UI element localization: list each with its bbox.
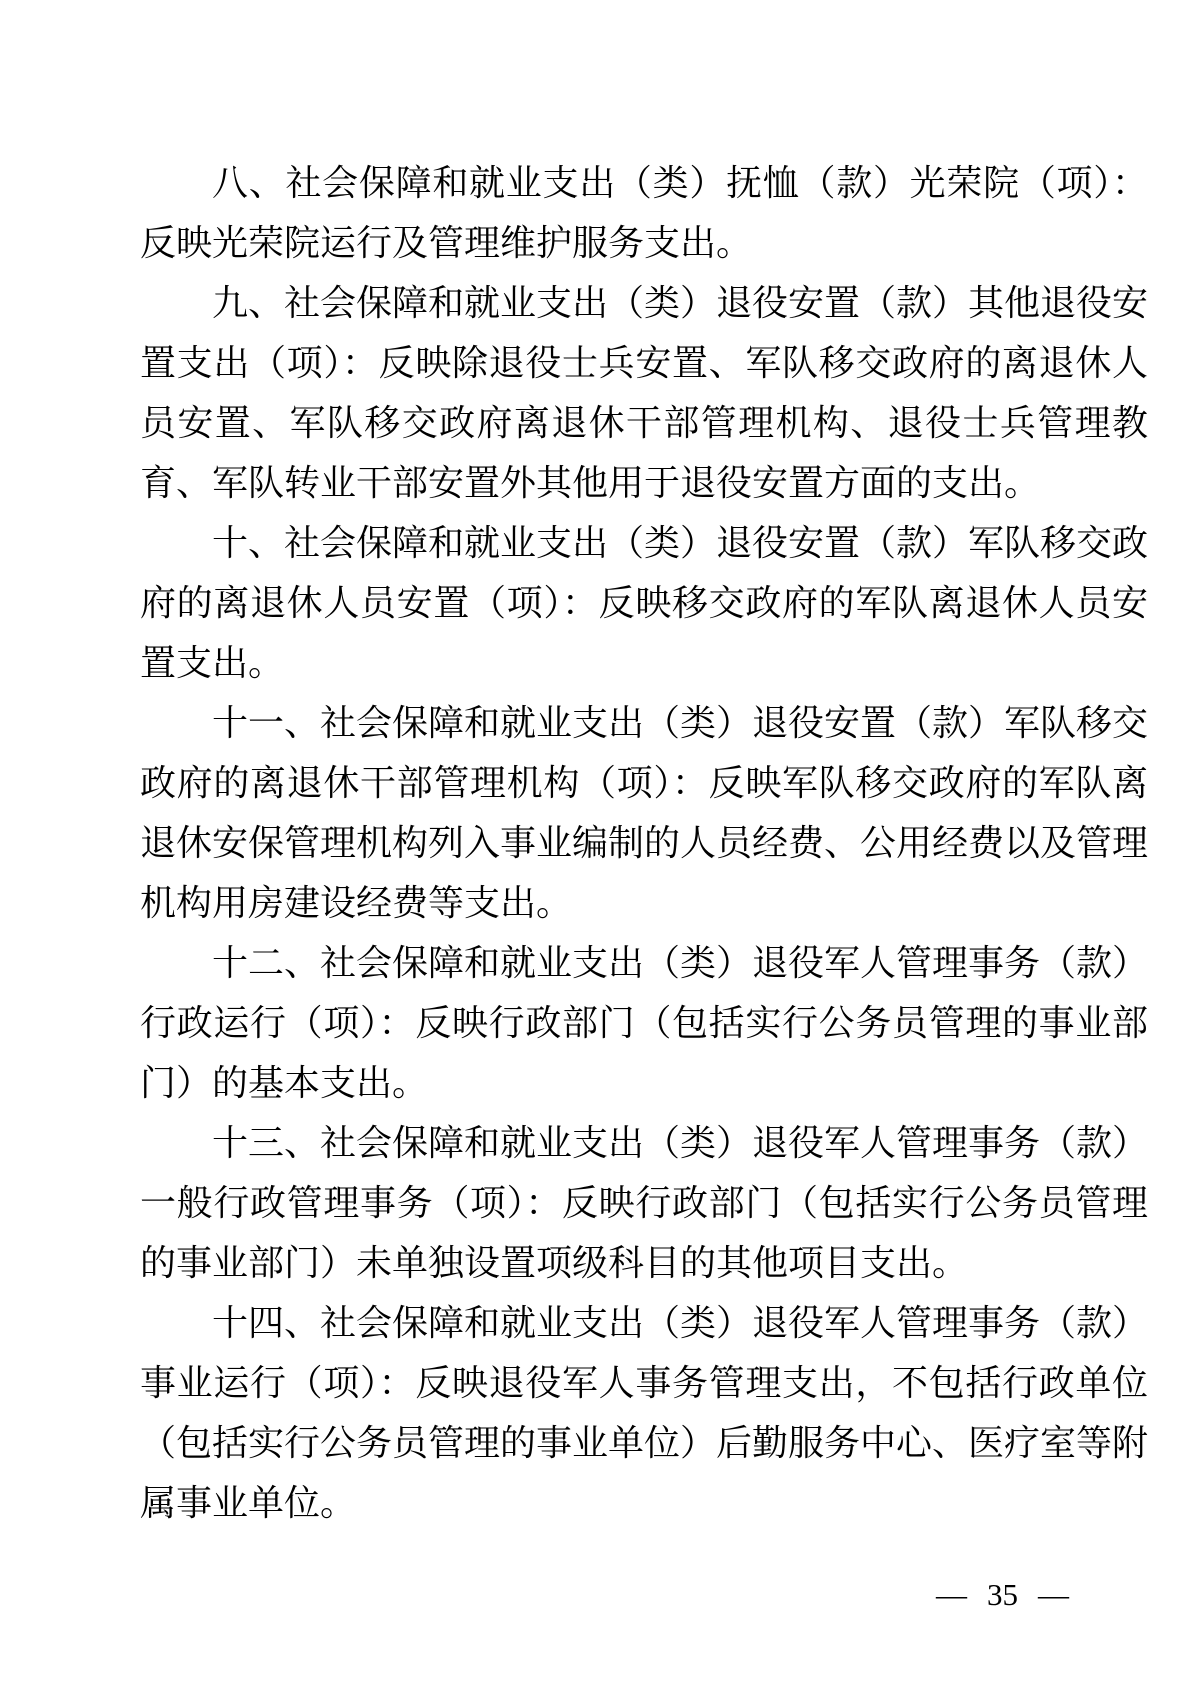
- paragraph: 十三、社会保障和就业支出（类）退役军人管理事务（款）一般行政管理事务（项）：反映…: [140, 1113, 1148, 1293]
- page-footer: — 35 —: [936, 1578, 1069, 1612]
- paragraph: 十一、社会保障和就业支出（类）退役安置（款）军队移交政府的离退休干部管理机构（项…: [140, 693, 1148, 933]
- paragraph: 十、社会保障和就业支出（类）退役安置（款）军队移交政府的离退休人员安置（项）：反…: [140, 513, 1148, 693]
- footer-dash-left: —: [936, 1578, 967, 1612]
- paragraph: 十二、社会保障和就业支出（类）退役军人管理事务（款）行政运行（项）：反映行政部门…: [140, 933, 1148, 1113]
- paragraph: 十四、社会保障和就业支出（类）退役军人管理事务（款）事业运行（项）：反映退役军人…: [140, 1293, 1148, 1533]
- document-page: 八、社会保障和就业支出（类）抚恤（款）光荣院（项）：反映光荣院运行及管理维护服务…: [0, 0, 1190, 1683]
- footer-dash-right: —: [1038, 1578, 1069, 1612]
- paragraph: 八、社会保障和就业支出（类）抚恤（款）光荣院（项）：反映光荣院运行及管理维护服务…: [140, 153, 1148, 273]
- page-number: 35: [987, 1578, 1018, 1612]
- document-body: 八、社会保障和就业支出（类）抚恤（款）光荣院（项）：反映光荣院运行及管理维护服务…: [140, 153, 1148, 1533]
- paragraph: 九、社会保障和就业支出（类）退役安置（款）其他退役安置支出（项）：反映除退役士兵…: [140, 273, 1148, 513]
